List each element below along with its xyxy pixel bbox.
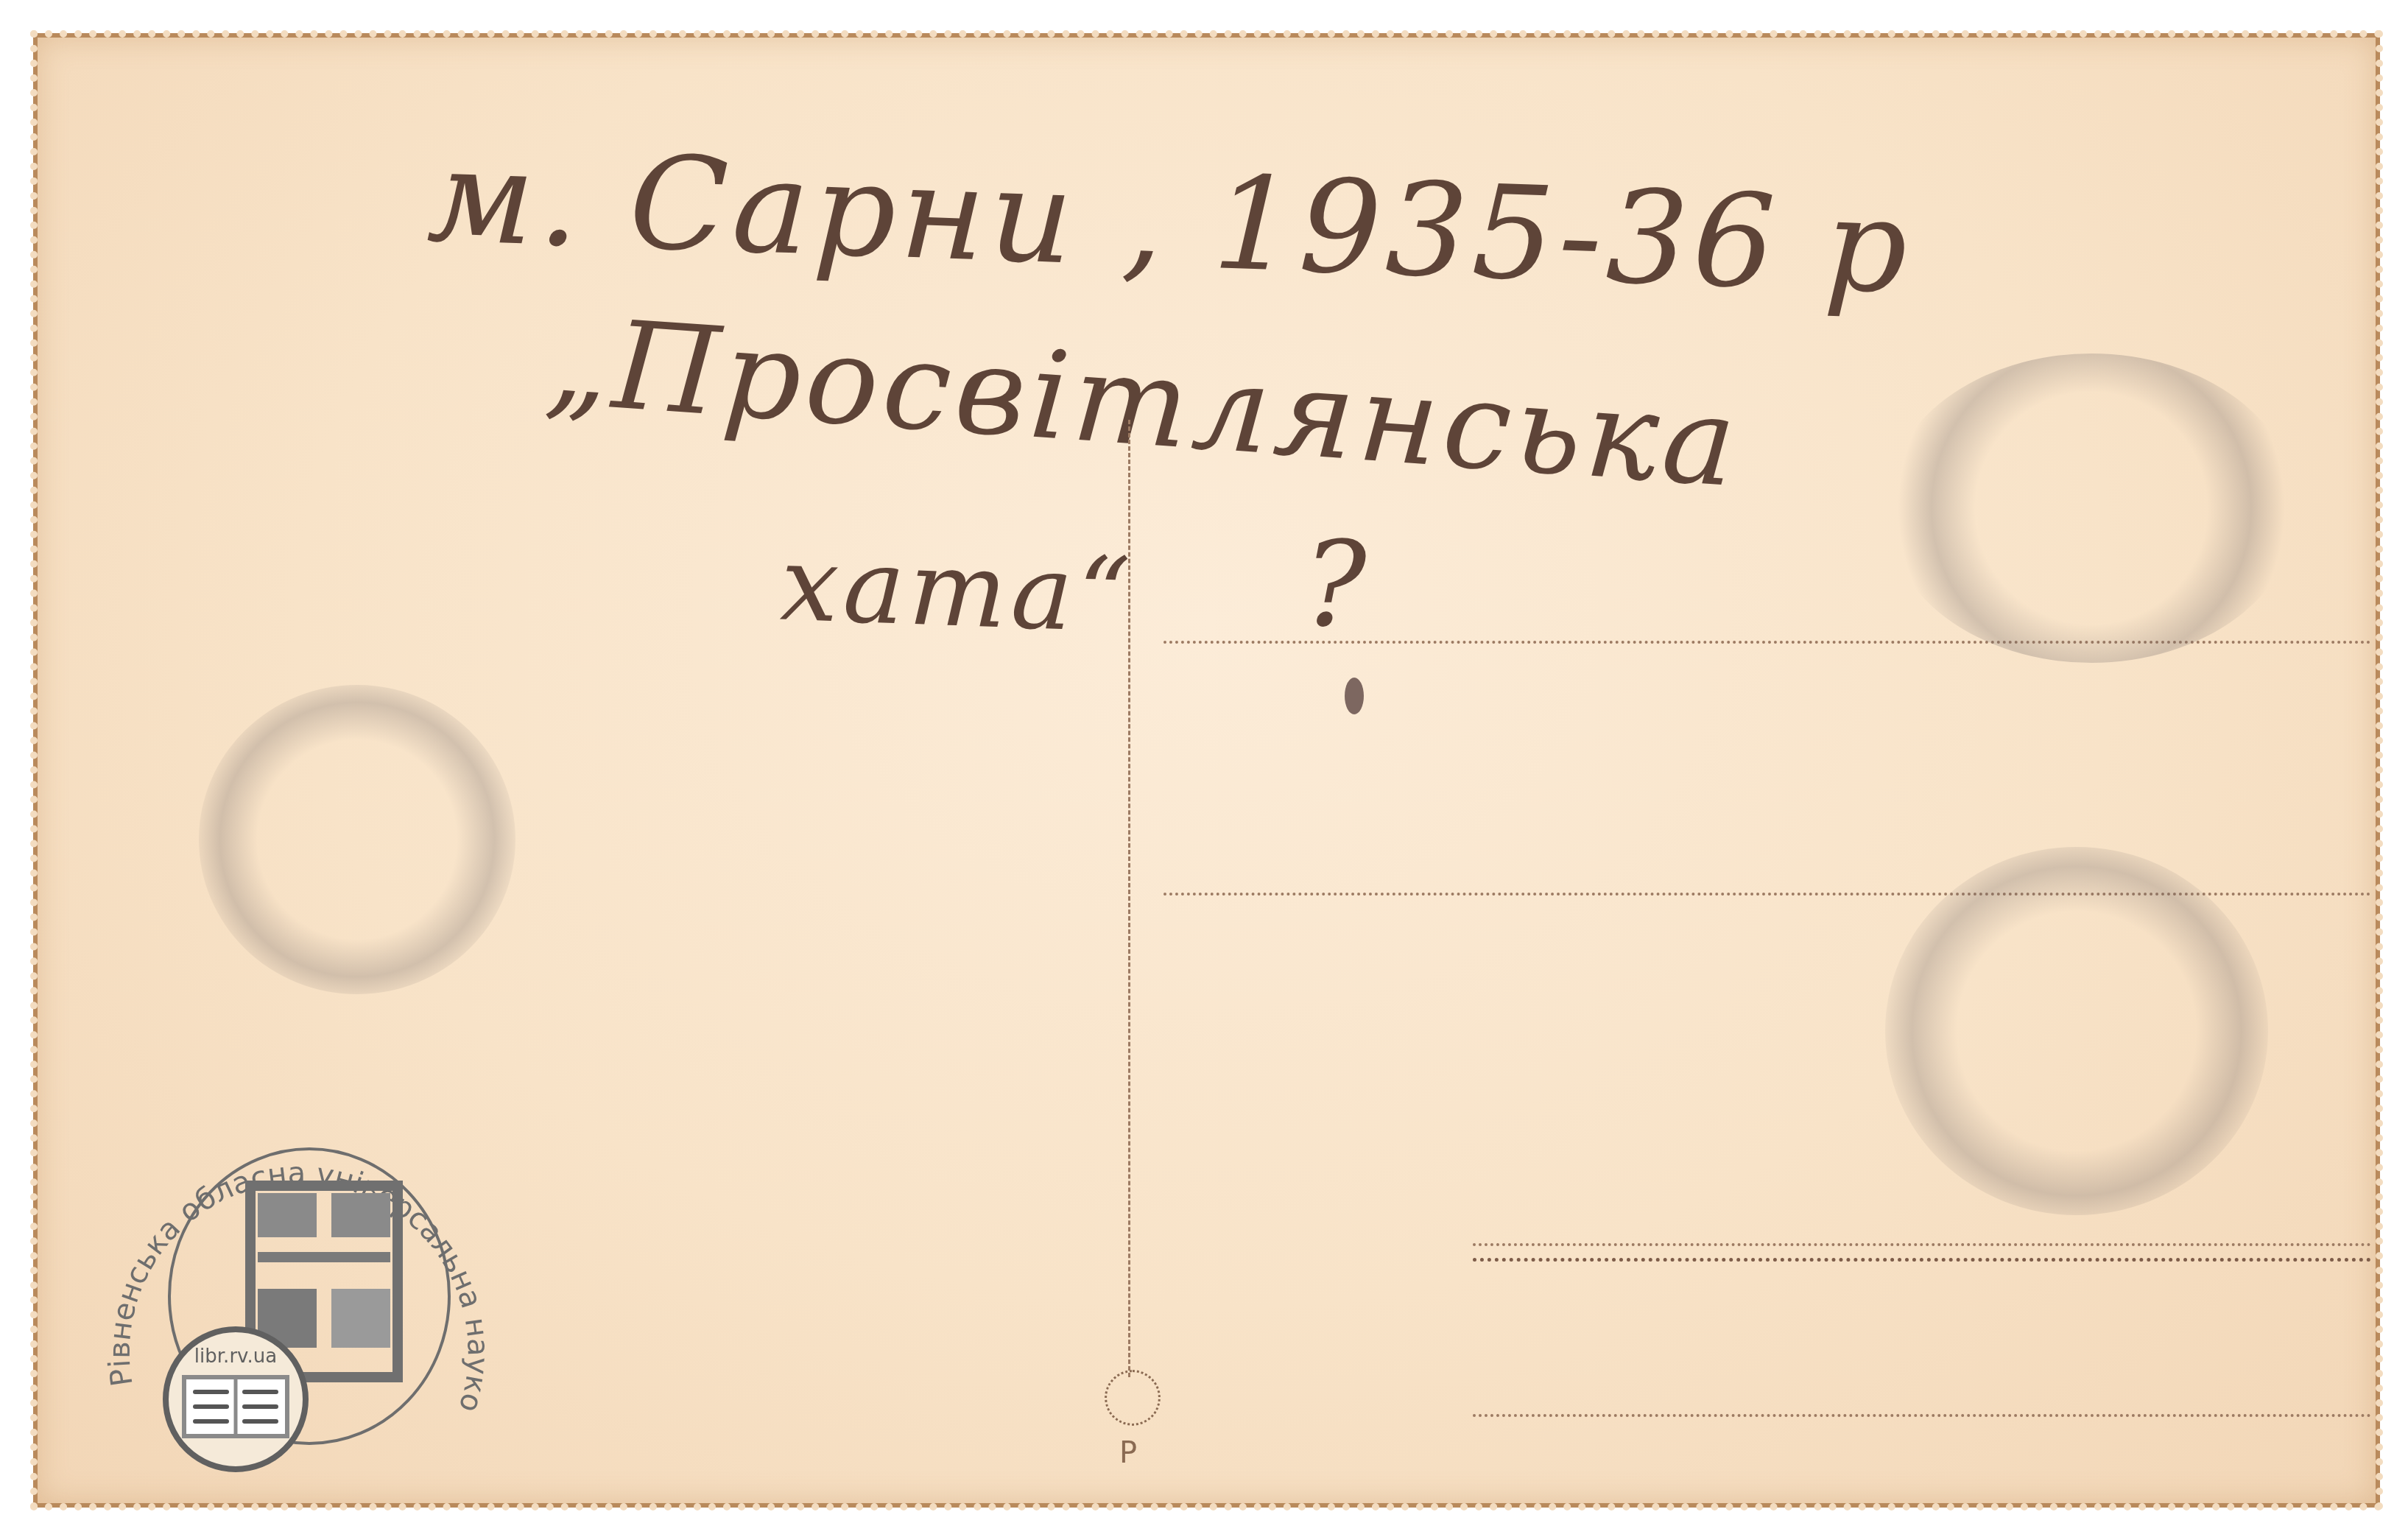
- ink-dot: [1345, 678, 1364, 714]
- faded-stamp-right-top: [1885, 354, 2298, 663]
- manufacturer-emblem-icon: [1105, 1370, 1161, 1426]
- faded-stamp-left: [199, 685, 515, 994]
- library-logo-icon: Рівненська обласна універсальна наукова …: [88, 1105, 501, 1473]
- handwritten-question-mark: ?: [1303, 516, 1371, 653]
- faded-stamp-right-bottom: [1885, 847, 2268, 1215]
- center-divider: [1128, 420, 1130, 1377]
- watermark-url: libr.rv.ua: [194, 1346, 277, 1368]
- address-line: [1473, 1414, 2371, 1417]
- address-line: [1473, 1243, 2371, 1246]
- handwritten-title-line-2: хата“: [778, 524, 1136, 657]
- library-watermark: Рівненська обласна універсальна наукова …: [88, 1105, 501, 1473]
- address-line: [1473, 1258, 2371, 1262]
- open-book-icon: [184, 1377, 287, 1436]
- manufacturer-letter: P: [1119, 1436, 1137, 1470]
